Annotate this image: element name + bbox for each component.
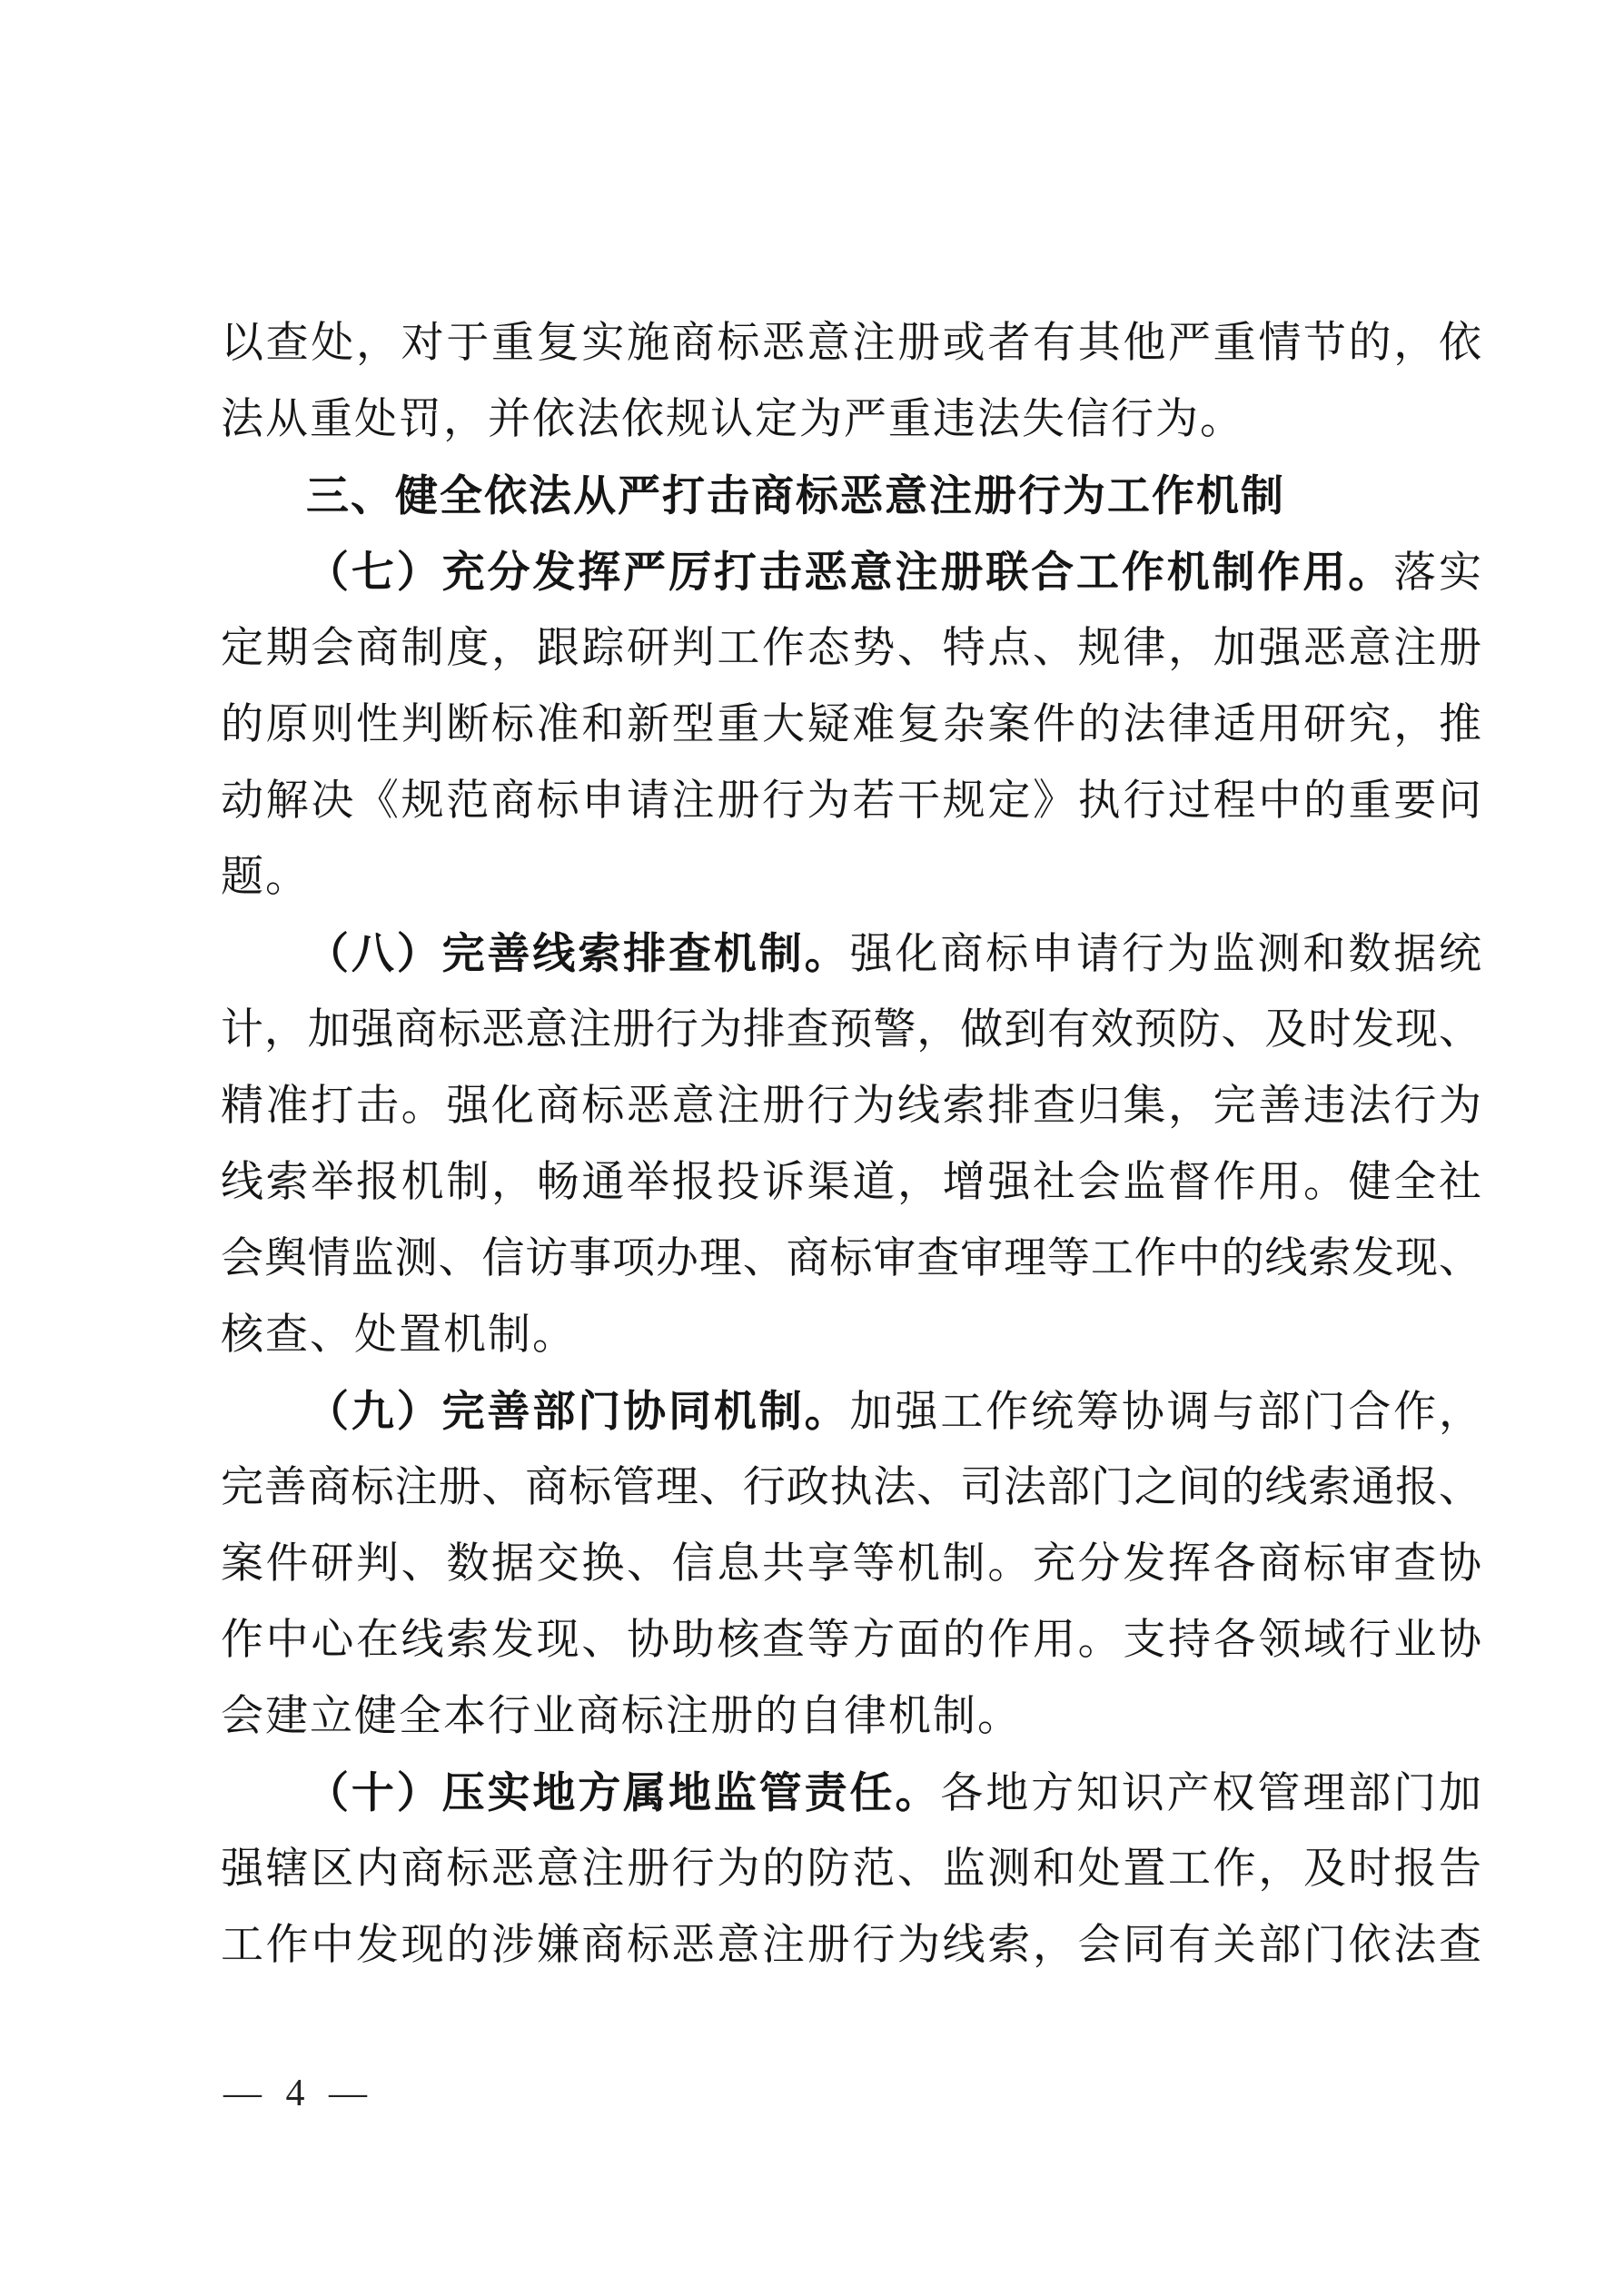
text-line: （九）完善部门协同机制。加强工作统筹协调与部门合作， bbox=[221, 1373, 1481, 1450]
text-segment: 定期会商制度，跟踪研判工作态势、特点、规律，加强恶意注册 bbox=[221, 625, 1481, 672]
text-segment: 法从重处罚，并依法依规认定为严重违法失信行为。 bbox=[221, 396, 1244, 443]
text-line: 会舆情监测、信访事项办理、商标审查审理等工作中的线索发现、 bbox=[221, 1221, 1481, 1297]
text-line: 工作中发现的涉嫌商标恶意注册行为线索，会同有关部门依法查 bbox=[221, 1907, 1481, 1984]
bold-text-segment: （七）充分发挥严厉打击恶意注册联合工作机制作用。 bbox=[306, 548, 1393, 596]
text-segment: 会建立健全本行业商标注册的自律机制。 bbox=[221, 1693, 1022, 1740]
bold-text-segment: （九）完善部门协同机制。 bbox=[306, 1387, 850, 1435]
text-segment: 案件研判、数据交换、信息共享等机制。充分发挥各商标审查协 bbox=[221, 1540, 1481, 1588]
text-segment: 的原则性判断标准和新型重大疑难复杂案件的法律适用研究，推 bbox=[221, 701, 1481, 748]
text-segment: 强化商标申请行为监测和数据统 bbox=[850, 931, 1481, 978]
text-line: 以查处，对于重复实施商标恶意注册或者有其他严重情节的，依 bbox=[221, 305, 1481, 381]
document-body: 以查处，对于重复实施商标恶意注册或者有其他严重情节的，依法从重处罚，并依法依规认… bbox=[221, 305, 1481, 1984]
bold-text-segment: （八）完善线索排查机制。 bbox=[306, 929, 850, 977]
text-segment: 完善商标注册、商标管理、行政执法、司法部门之间的线索通报、 bbox=[221, 1464, 1481, 1511]
text-line: 计，加强商标恶意注册行为排查预警，做到有效预防、及时发现、 bbox=[221, 992, 1481, 1068]
bold-text-segment: （十）压实地方属地监管责任。 bbox=[306, 1768, 940, 1816]
text-line: 线索举报机制，畅通举报投诉渠道，增强社会监督作用。健全社 bbox=[221, 1144, 1481, 1221]
text-line: （十）压实地方属地监管责任。各地方知识产权管理部门加 bbox=[221, 1755, 1481, 1831]
text-segment: 精准打击。强化商标恶意注册行为线索排查归集，完善违法行为 bbox=[221, 1083, 1481, 1130]
text-segment: 题。 bbox=[221, 854, 310, 901]
text-segment: 计，加强商标恶意注册行为排查预警，做到有效预防、及时发现、 bbox=[221, 1006, 1481, 1054]
text-line: 强辖区内商标恶意注册行为的防范、监测和处置工作，及时报告 bbox=[221, 1831, 1481, 1907]
text-segment: 工作中发现的涉嫌商标恶意注册行为线索，会同有关部门依法查 bbox=[221, 1922, 1481, 1969]
text-segment: 强辖区内商标恶意注册行为的防范、监测和处置工作，及时报告 bbox=[221, 1846, 1481, 1893]
text-line: （八）完善线索排查机制。强化商标申请行为监测和数据统 bbox=[221, 915, 1481, 992]
text-segment: 会舆情监测、信访事项办理、商标审查审理等工作中的线索发现、 bbox=[221, 1235, 1481, 1282]
text-segment: 线索举报机制，畅通举报投诉渠道，增强社会监督作用。健全社 bbox=[221, 1159, 1481, 1206]
section-heading: 三、健全依法从严打击商标恶意注册行为工作机制 bbox=[221, 458, 1481, 534]
document-page: 以查处，对于重复实施商标恶意注册或者有其他严重情节的，依法从重处罚，并依法依规认… bbox=[0, 0, 1624, 2296]
page-number: — 4 — bbox=[223, 2073, 374, 2114]
text-line: 案件研判、数据交换、信息共享等机制。充分发挥各商标审查协 bbox=[221, 1526, 1481, 1602]
text-segment: 动解决《规范商标申请注册行为若干规定》执行过程中的重要问 bbox=[221, 777, 1481, 825]
text-line: 定期会商制度，跟踪研判工作态势、特点、规律，加强恶意注册 bbox=[221, 610, 1481, 687]
text-line: 动解决《规范商标申请注册行为若干规定》执行过程中的重要问 bbox=[221, 763, 1481, 839]
text-segment: 各地方知识产权管理部门加 bbox=[940, 1770, 1481, 1817]
page-footer: — 4 — bbox=[223, 2071, 374, 2116]
text-line: 作中心在线索发现、协助核查等方面的作用。支持各领域行业协 bbox=[221, 1602, 1481, 1678]
text-line: 核查、处置机制。 bbox=[221, 1297, 1481, 1373]
text-line: 的原则性判断标准和新型重大疑难复杂案件的法律适用研究，推 bbox=[221, 687, 1481, 763]
text-line: 会建立健全本行业商标注册的自律机制。 bbox=[221, 1678, 1481, 1755]
text-segment: 以查处，对于重复实施商标恶意注册或者有其他严重情节的，依 bbox=[221, 320, 1481, 367]
text-line: 精准打击。强化商标恶意注册行为线索排查归集，完善违法行为 bbox=[221, 1068, 1481, 1144]
text-line: 法从重处罚，并依法依规认定为严重违法失信行为。 bbox=[221, 381, 1481, 458]
text-segment: 核查、处置机制。 bbox=[221, 1311, 577, 1359]
text-line: 完善商标注册、商标管理、行政执法、司法部门之间的线索通报、 bbox=[221, 1450, 1481, 1526]
text-segment: 作中心在线索发现、协助核查等方面的作用。支持各领域行业协 bbox=[221, 1617, 1481, 1664]
text-line: 题。 bbox=[221, 839, 1481, 915]
bold-text-segment: 三、健全依法从严打击商标恶意注册行为工作机制 bbox=[306, 471, 1285, 520]
text-segment: 加强工作统筹协调与部门合作， bbox=[850, 1389, 1481, 1436]
text-line: （七）充分发挥严厉打击恶意注册联合工作机制作用。落实 bbox=[221, 534, 1481, 610]
text-segment: 落实 bbox=[1393, 549, 1481, 597]
